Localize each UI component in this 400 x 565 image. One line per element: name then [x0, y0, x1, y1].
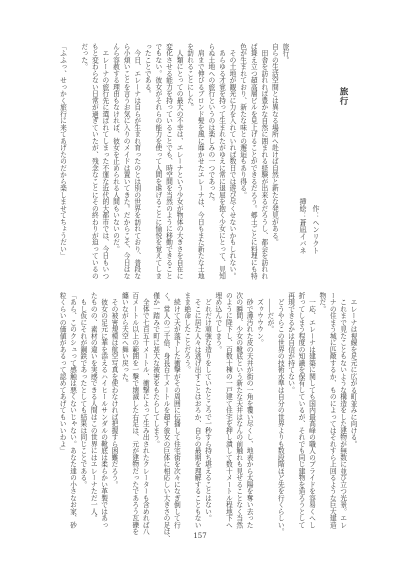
- text-line: エレーナの旅行先に選ばれてしまった不運な近代的大都市では、今日もいつ: [99, 43, 110, 283]
- author-credit: 作：ヘンリクト: [309, 188, 322, 254]
- text-line: 一応、エレーナは建築に関しても国内最高峰の職人のプライドを容易くへし: [306, 292, 316, 532]
- text-line: だった。: [78, 43, 89, 283]
- text-line: 物だ。: [316, 292, 326, 532]
- text-line: 人類にとっての最大の不幸は、エレーナという少女が物体の大きさを自在に: [173, 43, 184, 283]
- text-line: ば聳え立つ超高層ビルを見上げることができるだろう。郷土ごとに料理にも特: [248, 43, 259, 283]
- text-line: 全体で七百五十メートル、衝撃によって生み出されたクレーターも含めれば八: [140, 292, 150, 532]
- text-line: たものの、素材の違いを実感できる人間はこの世界にはエレーナただ一人。: [88, 292, 98, 532]
- text-line: のように降下し、百数十棟の一戸建て住宅を押し潰して数十メートル程地下へ: [223, 292, 233, 532]
- blank-line: [68, 43, 79, 283]
- page-number: 157: [0, 532, 400, 540]
- text-line: ったことである。: [142, 43, 153, 283]
- dialogue-line: 「あら、このクシュって感触は悪くないじゃない。あなた達の小さなお家、砂: [67, 292, 77, 532]
- text-line: 百メートル以上の範囲を一撃で壊滅した右足は、元が建物だったであろう瓦礫を: [129, 292, 139, 532]
- text-line: 肩まで伸びるブロンド髪を風に靡かせたエレーナは、今日もまた新たな土地: [195, 43, 206, 283]
- text-line: もと変わらない日常が過ぎていたが、残念なことにその終わりが迫っているの: [89, 43, 100, 283]
- text-line: んら容赦する理由もなければ、彼女を止められる人間もいないのだ。: [110, 43, 121, 283]
- sound-effect-line: ズゥウウウン。: [254, 292, 264, 532]
- text-line: 田舎を訪れれば豊かな自然に囲まれる経験が出来るだろうし、都会を訪れれ: [258, 43, 269, 283]
- text-line: エレーナは視線を足元に広がる町並みに向ける。: [348, 292, 358, 532]
- text-line: まま絶命したことだろう。: [181, 292, 191, 532]
- text-line: もし仮にそれが鋼鉄であったとしても結果は同じことである。: [77, 292, 87, 532]
- text-line: 纏いながら天空へ舞い戻った。: [119, 292, 129, 532]
- dialogue-line: 粒くらいの価値があるって認めてあげてもいいわよ」: [57, 292, 67, 532]
- upper-text-column: 旅行。 自らの生活空間とは異なる場所へ赴けば自然と新たな発見がある。 田舎を訪れ…: [57, 43, 290, 283]
- text-line: を訪れることにした。: [184, 43, 195, 283]
- text-line: これまで見たこともないような構造をした建物が無数に並び立つ光景。エレ: [337, 292, 347, 532]
- text-line: 今日、エレーナは自らが生まれ育ったのとは別の世界を訪れており、普段な: [131, 43, 142, 283]
- text-line: 続けて天が落下した衝撃がその周囲に伝播して住宅街を次々になぎ倒して行: [171, 292, 181, 532]
- text-line: ――だが。: [264, 292, 274, 532]
- text-line: 変化させる能力を持っていることでも、時空間を当然のように移動できること: [163, 43, 174, 283]
- text-line: あらゆる才覚を持って生まれたがゆえに常に退屈を抱く少女にとって、見知: [216, 43, 227, 283]
- text-line: 砂で薄汚れた皮の天井が街の一角を覆い尽くし、地表から太陽を奪い去った: [244, 292, 254, 532]
- text-line: その被害規模は航空写真を使わなければ把握すら困難だろう。: [109, 292, 119, 532]
- text-line: らぬ土地への旅行というのは楽しみの一つであった。: [205, 43, 216, 283]
- credits: 作：ヘンリクト 挿絵：蒼凪イバネ: [296, 188, 322, 254]
- text-line: 自らの生活空間とは異なる場所へ赴けば自然と新たな発見がある。: [269, 43, 280, 283]
- dialogue-line: 「ふふっ、せっかく旅行に来てあげたのだから楽しませてちょうだい」: [57, 43, 68, 283]
- text-line: そこに居た人々は逃げ出すことはおろか、自らの最期を理解することもない: [192, 292, 202, 532]
- text-line: 埋め込んでしまう。: [213, 292, 223, 532]
- text-line: 彼女の足元に華を添えるハイヒールサンダルの靴底は柔らかい革製ではあっ: [98, 292, 108, 532]
- text-line: く。常人の二千倍、身長百十メートルを超す彼女の巨体に相応しい大きさの足は、: [161, 292, 171, 532]
- text-line: 折ってしまう程度の知識を保有しているが、それでも同じ建物を造ろうとして: [296, 292, 306, 532]
- text-line: 色が生まれており、新たな味との邂逅もあり得る。: [237, 43, 248, 283]
- text-line: 再現できるかは自信が持てない。: [285, 292, 295, 532]
- illustrator-credit: 挿絵：蒼凪イバネ: [296, 188, 309, 254]
- text-line: ーナの住まう城に匹敵するか、ものによってはそれすら上回るような巨大建造: [327, 292, 337, 532]
- text-line: 僅か一踏みで町に甚大な被害をもたらしてしまう。: [150, 292, 160, 532]
- text-line: 次の瞬間、少女の靴底という新たな天井はなんの前触れも見せることなく当然: [233, 292, 243, 532]
- text-line: どうやらこの世界の技術水準は自分の世界よりも数段階ほど先を行くらしい。: [275, 292, 285, 532]
- text-line: 旅行。: [279, 43, 290, 283]
- text-line: ら小煩いことを言うお気に入りのメイドは置いてきた。だからこそ、今日はな: [121, 43, 132, 283]
- text-line: その土地が観光に力を入れていれば数日では遊び尽くせないかもしれない。: [226, 43, 237, 283]
- text-line: でもない。彼女がそれらの能力を使って人間を虐げることに愉悦を覚えてしま: [152, 43, 163, 283]
- story-title: 旅行: [338, 87, 348, 106]
- text-line: どれだけ頑強な造りをしていたところで一秒すら持ち堪えることはない。: [202, 292, 212, 532]
- lower-text-column: エレーナは視線を足元に広がる町並みに向ける。 これまで見たこともないような構造を…: [57, 292, 358, 532]
